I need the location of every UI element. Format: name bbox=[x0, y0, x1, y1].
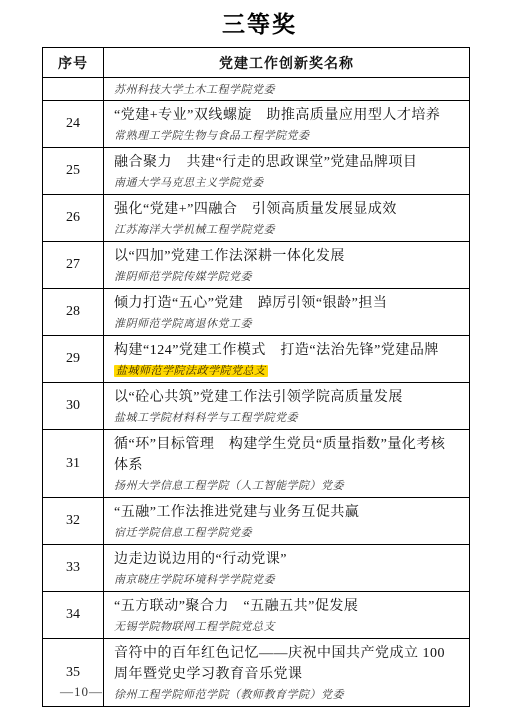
award-title: 边走边说边用的“行动党课” bbox=[114, 549, 459, 570]
table-header-row: 序号 党建工作创新奖名称 bbox=[43, 48, 470, 78]
header-index: 序号 bbox=[43, 48, 104, 78]
award-cell: 构建“124”党建工作模式 打造“法治先锋”党建品牌 盐城师范学院法政学院党总支 bbox=[104, 336, 470, 383]
award-title: 倾力打造“五心”党建 踔厉引领“银龄”担当 bbox=[114, 293, 459, 314]
award-cell: 以“砼心共筑”党建工作法引领学院高质量发展 盐城工学院材料科学与工程学院党委 bbox=[104, 383, 470, 430]
award-org: 无锡学院物联网工程学院党总支 bbox=[114, 621, 275, 633]
award-title: 音符中的百年红色记忆——庆祝中国共产党成立 100 周年暨党史学习教育音乐党课 bbox=[114, 643, 459, 685]
row-index: 28 bbox=[43, 289, 104, 336]
table-row: 32 “五融”工作法推进党建与业务互促共赢 宿迁学院信息工程学院党委 bbox=[43, 498, 470, 545]
table-row: 33 边走边说边用的“行动党课” 南京晓庄学院环境科学学院党委 bbox=[43, 545, 470, 592]
award-table: 序号 党建工作创新奖名称 苏州科技大学土木工程学院党委 24 “党建+专业”双线… bbox=[42, 47, 470, 707]
award-org-line: 盐城工学院材料科学与工程学院党委 bbox=[114, 408, 459, 426]
award-cell: “党建+专业”双线螺旋 助推高质量应用型人才培养 常熟理工学院生物与食品工程学院… bbox=[104, 101, 470, 148]
row-index: 34 bbox=[43, 592, 104, 639]
award-cell: “五方联动”聚合力 “五融五共”促发展 无锡学院物联网工程学院党总支 bbox=[104, 592, 470, 639]
award-cell: 边走边说边用的“行动党课” 南京晓庄学院环境科学学院党委 bbox=[104, 545, 470, 592]
row-index: 29 bbox=[43, 336, 104, 383]
award-org-line: 南京晓庄学院环境科学学院党委 bbox=[114, 570, 459, 588]
award-org: 江苏海洋大学机械工程学院党委 bbox=[114, 224, 275, 236]
table-row: 24 “党建+专业”双线螺旋 助推高质量应用型人才培养 常熟理工学院生物与食品工… bbox=[43, 101, 470, 148]
row-index: 25 bbox=[43, 148, 104, 195]
table-row: 25 融合聚力 共建“行走的思政课堂”党建品牌项目 南通大学马克思主义学院党委 bbox=[43, 148, 470, 195]
award-cell: 苏州科技大学土木工程学院党委 bbox=[104, 78, 470, 101]
row-index bbox=[43, 78, 104, 101]
row-index: 31 bbox=[43, 430, 104, 498]
table-row: 28 倾力打造“五心”党建 踔厉引领“银龄”担当 淮阴师范学院离退休党工委 bbox=[43, 289, 470, 336]
award-title: 构建“124”党建工作模式 打造“法治先锋”党建品牌 bbox=[114, 340, 459, 361]
row-index: 27 bbox=[43, 242, 104, 289]
award-org-line: 宿迁学院信息工程学院党委 bbox=[114, 523, 459, 541]
award-org: 南京晓庄学院环境科学学院党委 bbox=[114, 574, 275, 586]
award-org: 南通大学马克思主义学院党委 bbox=[114, 177, 264, 189]
award-org: 苏州科技大学土木工程学院党委 bbox=[114, 84, 275, 96]
page-number: —10— bbox=[60, 684, 103, 700]
award-title: “五融”工作法推进党建与业务互促共赢 bbox=[114, 502, 459, 523]
award-org-line: 江苏海洋大学机械工程学院党委 bbox=[114, 220, 459, 238]
row-index: 26 bbox=[43, 195, 104, 242]
award-org: 扬州大学信息工程学院（人工智能学院）党委 bbox=[114, 480, 344, 492]
award-org-line: 盐城师范学院法政学院党总支 bbox=[114, 361, 459, 379]
award-title: 以“砼心共筑”党建工作法引领学院高质量发展 bbox=[114, 387, 459, 408]
award-org-line: 徐州工程学院师范学院（教师教育学院）党委 bbox=[114, 685, 459, 703]
row-index: 30 bbox=[43, 383, 104, 430]
award-title: 强化“党建+”四融合 引领高质量发展显成效 bbox=[114, 199, 459, 220]
award-cell: 融合聚力 共建“行走的思政课堂”党建品牌项目 南通大学马克思主义学院党委 bbox=[104, 148, 470, 195]
award-cell: 以“四加”党建工作法深耕一体化发展 淮阴师范学院传媒学院党委 bbox=[104, 242, 470, 289]
award-title: 以“四加”党建工作法深耕一体化发展 bbox=[114, 246, 459, 267]
table-row: 34 “五方联动”聚合力 “五融五共”促发展 无锡学院物联网工程学院党总支 bbox=[43, 592, 470, 639]
award-org: 淮阴师范学院离退休党工委 bbox=[114, 318, 252, 330]
award-org-line: 扬州大学信息工程学院（人工智能学院）党委 bbox=[114, 476, 459, 494]
highlighted-org: 盐城师范学院法政学院党总支 bbox=[114, 365, 268, 377]
award-table-body: 苏州科技大学土木工程学院党委 24 “党建+专业”双线螺旋 助推高质量应用型人才… bbox=[43, 78, 470, 707]
award-org-line: 淮阴师范学院传媒学院党委 bbox=[114, 267, 459, 285]
header-award-name: 党建工作创新奖名称 bbox=[104, 48, 470, 78]
table-row: 29 构建“124”党建工作模式 打造“法治先锋”党建品牌 盐城师范学院法政学院… bbox=[43, 336, 470, 383]
award-org-line: 淮阴师范学院离退休党工委 bbox=[114, 314, 459, 332]
award-org: 宿迁学院信息工程学院党委 bbox=[114, 527, 252, 539]
table-row: 31 循“环”目标管理 构建学生党员“质量指数”量化考核体系 扬州大学信息工程学… bbox=[43, 430, 470, 498]
award-cell: 音符中的百年红色记忆——庆祝中国共产党成立 100 周年暨党史学习教育音乐党课 … bbox=[104, 639, 470, 707]
award-cell: 循“环”目标管理 构建学生党员“质量指数”量化考核体系 扬州大学信息工程学院（人… bbox=[104, 430, 470, 498]
award-org-line: 苏州科技大学土木工程学院党委 bbox=[114, 80, 459, 98]
row-index: 32 bbox=[43, 498, 104, 545]
table-row: 35 音符中的百年红色记忆——庆祝中国共产党成立 100 周年暨党史学习教育音乐… bbox=[43, 639, 470, 707]
award-cell: 强化“党建+”四融合 引领高质量发展显成效 江苏海洋大学机械工程学院党委 bbox=[104, 195, 470, 242]
table-row: 苏州科技大学土木工程学院党委 bbox=[43, 78, 470, 101]
award-org-line: 常熟理工学院生物与食品工程学院党委 bbox=[114, 126, 459, 144]
award-title: “五方联动”聚合力 “五融五共”促发展 bbox=[114, 596, 459, 617]
award-org-line: 南通大学马克思主义学院党委 bbox=[114, 173, 459, 191]
table-row: 30 以“砼心共筑”党建工作法引领学院高质量发展 盐城工学院材料科学与工程学院党… bbox=[43, 383, 470, 430]
award-title: “党建+专业”双线螺旋 助推高质量应用型人才培养 bbox=[114, 105, 459, 126]
award-title: 融合聚力 共建“行走的思政课堂”党建品牌项目 bbox=[114, 152, 459, 173]
award-org: 常熟理工学院生物与食品工程学院党委 bbox=[114, 130, 310, 142]
award-org: 盐城工学院材料科学与工程学院党委 bbox=[114, 412, 298, 424]
page-title: 三等奖 bbox=[0, 6, 519, 39]
row-index: 33 bbox=[43, 545, 104, 592]
award-org-line: 无锡学院物联网工程学院党总支 bbox=[114, 617, 459, 635]
award-cell: “五融”工作法推进党建与业务互促共赢 宿迁学院信息工程学院党委 bbox=[104, 498, 470, 545]
table-row: 27 以“四加”党建工作法深耕一体化发展 淮阴师范学院传媒学院党委 bbox=[43, 242, 470, 289]
award-cell: 倾力打造“五心”党建 踔厉引领“银龄”担当 淮阴师范学院离退休党工委 bbox=[104, 289, 470, 336]
award-org: 淮阴师范学院传媒学院党委 bbox=[114, 271, 252, 283]
table-row: 26 强化“党建+”四融合 引领高质量发展显成效 江苏海洋大学机械工程学院党委 bbox=[43, 195, 470, 242]
row-index: 24 bbox=[43, 101, 104, 148]
award-title: 循“环”目标管理 构建学生党员“质量指数”量化考核体系 bbox=[114, 434, 459, 476]
award-org: 徐州工程学院师范学院（教师教育学院）党委 bbox=[114, 689, 344, 701]
